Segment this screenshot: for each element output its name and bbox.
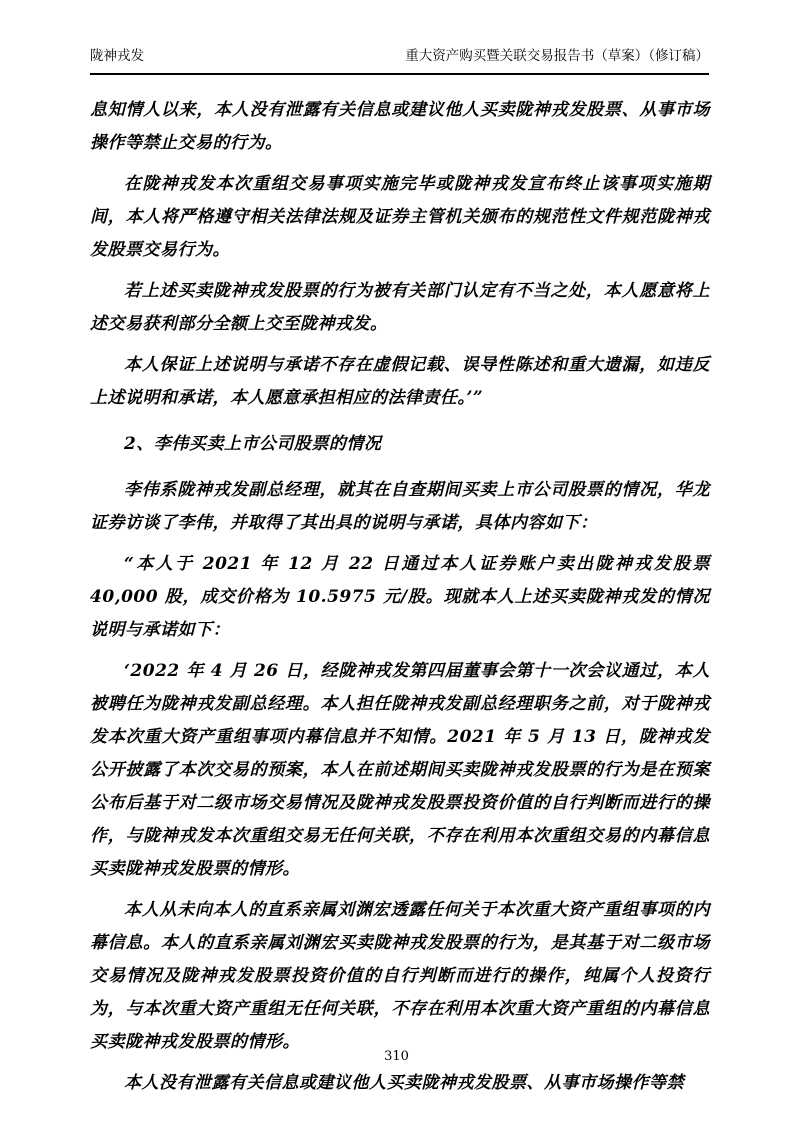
paragraph: 本人从未向本人的直系亲属刘渊宏透露任何关于本次重大资产重组事项的内幕信息。本人的… (90, 894, 710, 1059)
paragraph: 本人保证上述说明与承诺不存在虚假记载、误导性陈述和重大遗漏，如违反上述说明和承诺… (90, 349, 710, 415)
paragraph: 在陇神戎发本次重组交易事项实施完毕或陇神戎发宣布终止该事项实施期间，本人将严格遵… (90, 168, 710, 267)
paragraph-cutoff: 本人没有泄露有关信息或建议他人买卖陇神戎发股票、从事市场操作等禁 (90, 1067, 710, 1100)
page-number: 310 (384, 1049, 409, 1064)
page-header: 陇神戎发 重大资产购买暨关联交易报告书（草案）（修订稿） (90, 48, 709, 75)
page-footer: 310 (0, 1049, 793, 1064)
paragraph: ‘2022 年 4 月 26 日，经陇神戎发第四届董事会第十一次会议通过，本人被… (90, 655, 710, 886)
paragraph: “本人于 2021 年 12 月 22 日通过本人证券账户卖出陇神戎发股票 40… (90, 548, 710, 647)
paragraph-continuation: 息知情人以来，本人没有泄露有关信息或建议他人买卖陇神戎发股票、从事市场操作等禁止… (90, 94, 710, 160)
paragraph: 李伟系陇神戎发副总经理，就其在自查期间买卖上市公司股票的情况，华龙证券访谈了李伟… (90, 474, 710, 540)
header-full-title: 重大资产购买暨关联交易报告书（草案）（修订稿） (405, 48, 709, 66)
header-short-title: 陇神戎发 (90, 48, 144, 66)
document-body: 息知情人以来，本人没有泄露有关信息或建议他人买卖陇神戎发股票、从事市场操作等禁止… (90, 86, 710, 1108)
paragraph: 若上述买卖陇神戎发股票的行为被有关部门认定有不当之处，本人愿意将上述交易获利部分… (90, 275, 710, 341)
document-page: 陇神戎发 重大资产购买暨关联交易报告书（草案）（修订稿） 息知情人以来，本人没有… (0, 0, 793, 1122)
section-heading: 2、李伟买卖上市公司股票的情况 (90, 428, 710, 461)
